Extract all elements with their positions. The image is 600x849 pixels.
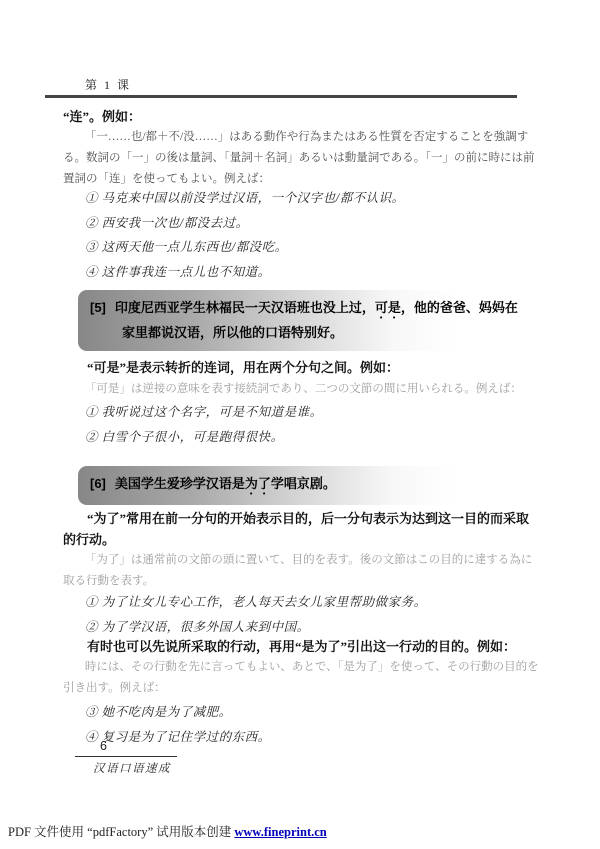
weile-examples: ① 为了让女儿专心工作，老人每天去女儿家里帮助做家务。 ② 为了学汉语，很多外国… [85, 590, 540, 639]
example-sentence: ① 马克来中国以前没学过汉语，一个汉字也/都不认识。 [85, 186, 540, 211]
page-footer: 6 汉语口语速成 [75, 738, 177, 776]
lian-heading: “连”。例如： [63, 106, 540, 127]
pattern-box-5: [5]印度尼西亚学生林福民一天汉语班也没上过，可是，他的爸爸、妈妈在家里都说汉语… [78, 290, 538, 351]
footer-rule [75, 756, 177, 757]
box-6-emphasized-word: 为了 [245, 476, 271, 491]
example-sentence: ② 白雪个子很小，可是跑得很快。 [85, 425, 540, 450]
box-5-text-before: 印度尼西亚学生林福民一天汉语班也没上过， [115, 300, 375, 315]
fineprint-link[interactable]: www.fineprint.cn [234, 825, 326, 839]
keshi-jp-note: 「可是」は逆接の意味を表す接続詞であり、二つの文節の間に用いられる。例えば： [63, 379, 540, 400]
box-6-text-after: 学唱京剧。 [271, 476, 336, 491]
example-sentence: ① 为了让女儿专心工作，老人每天去女儿家里帮助做家务。 [85, 590, 540, 615]
lian-examples: ① 马克来中国以前没学过汉语，一个汉字也/都不认识。 ② 西安我一次也/都没去过… [85, 186, 540, 284]
example-sentence: ① 我听说过这个名字，可是不知道是谁。 [85, 400, 540, 425]
box-6-number: [6] [90, 476, 115, 491]
example-sentence: ③ 她不吃肉是为了减肥。 [85, 700, 540, 725]
keshi-examples: ① 我听说过这个名字，可是不知道是谁。 ② 白雪个子很小，可是跑得很快。 [85, 400, 540, 449]
running-head: 第 1 课 [85, 76, 131, 93]
pdf-watermark: PDF 文件使用 “pdfFactory” 试用版本创建 www.finepri… [8, 822, 327, 840]
shiweile-heading: 有时也可以先说所采取的行动，再用“是为了”引出这一行动的目的。例如： [63, 636, 540, 657]
pattern-box-5-sentence: [5]印度尼西亚学生林福民一天汉语班也没上过，可是，他的爸爸、妈妈在家里都说汉语… [90, 297, 526, 344]
box-5-emphasized-word: 可是 [375, 300, 401, 315]
pattern-box-6: [6]美国学生爱珍学汉语是为了学唱京剧。 [78, 466, 538, 505]
pattern-box-6-sentence: [6]美国学生爱珍学汉语是为了学唱京剧。 [90, 473, 526, 498]
page-number: 6 [75, 738, 177, 754]
box-5-number: [5] [90, 300, 115, 315]
lian-jp-note: 「一……也/都＋不/没……」はある動作や行為またはある性質を否定することを強調す… [63, 127, 540, 190]
book-title: 汉语口语速成 [75, 760, 177, 776]
example-sentence: ② 西安我一次也/都没去过。 [85, 211, 540, 236]
lesson-label: 第 1 课 [85, 78, 131, 92]
example-sentence: ④ 这件事我连一点儿也不知道。 [85, 260, 540, 285]
weile-jp-note: 「为了」は通常前の文節の頭に置いて、目的を表す。後の文節はこの目的に達する為に取… [63, 550, 540, 592]
box-6-text-before: 美国学生爱珍学汉语是 [115, 476, 245, 491]
shiweile-jp-note: 時には、その行動を先に言ってもよい、あとで、「是为了」を使って、その行動の目的を… [63, 657, 540, 699]
keshi-heading: “可是”是表示转折的连词，用在两个分句之间。例如： [63, 357, 540, 378]
weile-heading: “为了”常用在前一分句的开始表示目的，后一分句表示为达到这一目的而采取的行动。 [63, 508, 540, 550]
example-sentence: ③ 这两天他一点儿东西也/都没吃。 [85, 235, 540, 260]
header-rule [45, 95, 517, 98]
document-page: 第 1 课 “连”。例如： 「一……也/都＋不/没……」はある動作や行為またはあ… [0, 0, 600, 849]
watermark-text: PDF 文件使用 “pdfFactory” 试用版本创建 [8, 825, 234, 839]
